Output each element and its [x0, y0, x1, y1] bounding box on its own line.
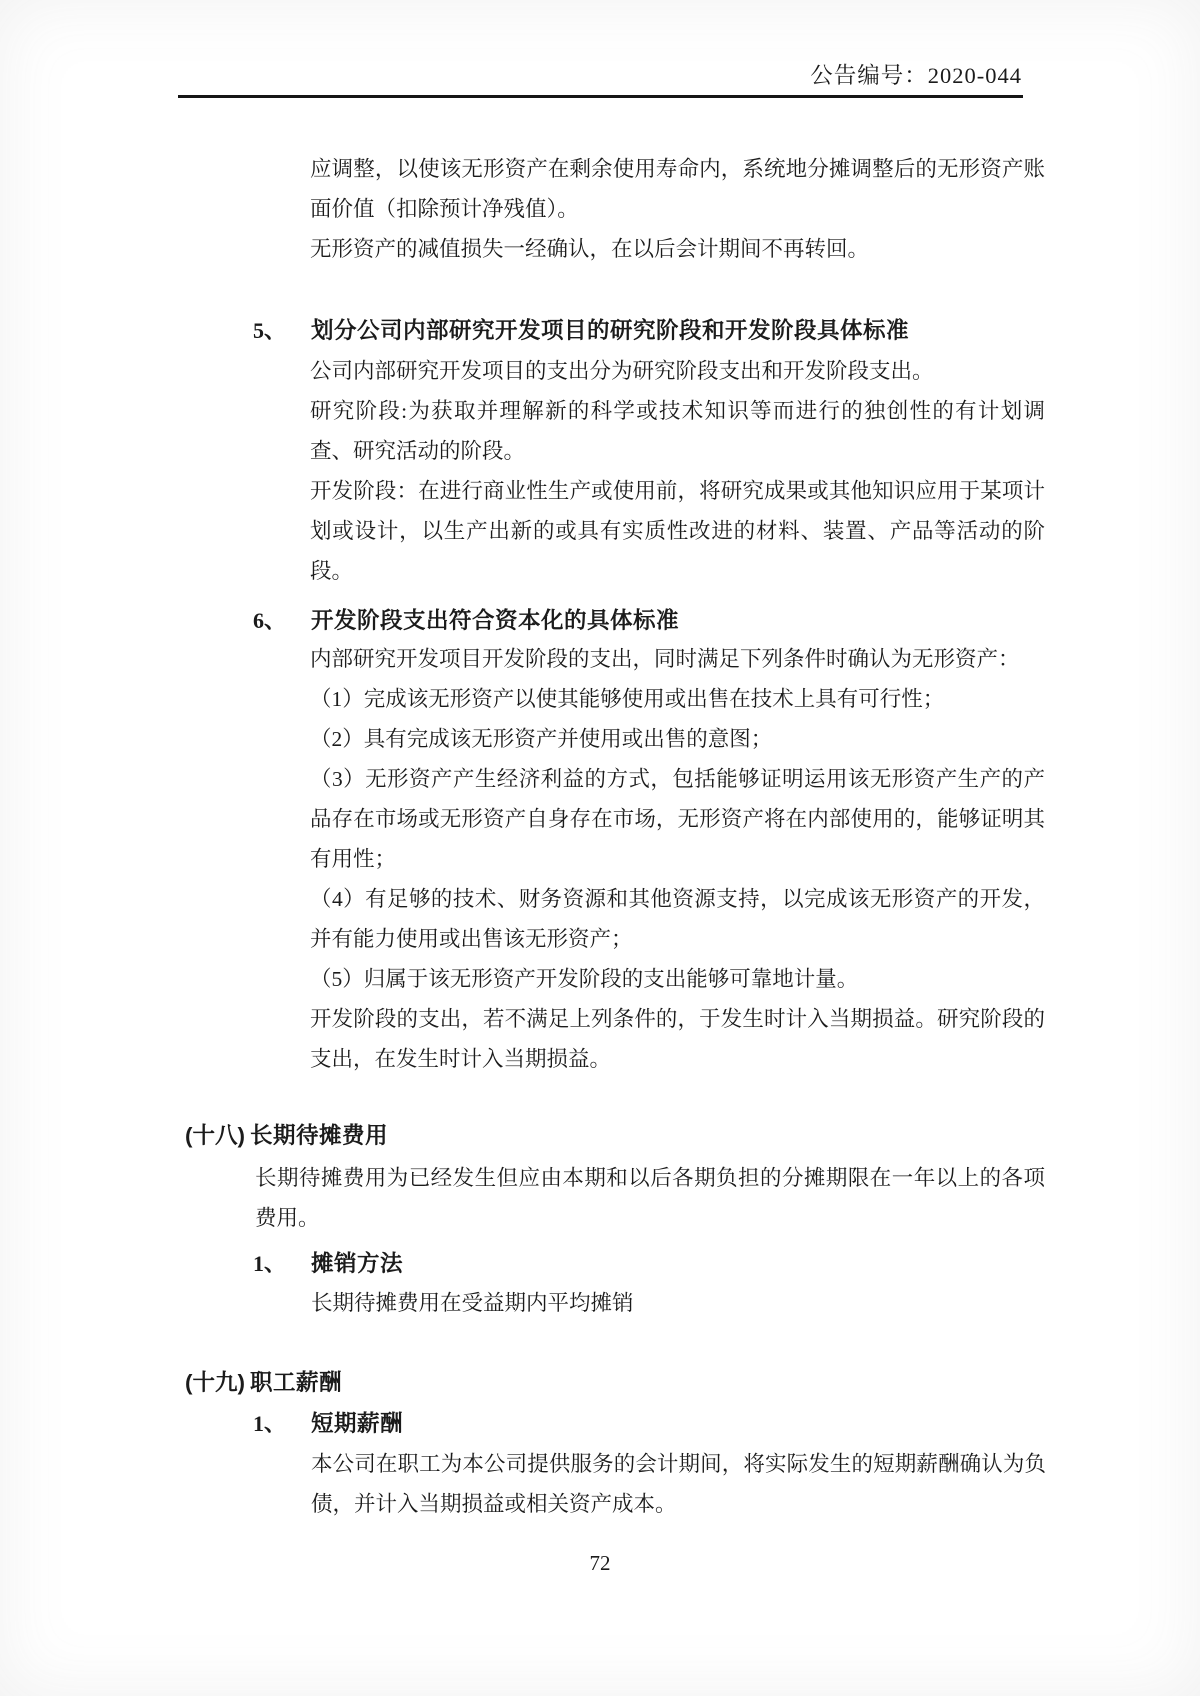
section6-body: 内部研究开发项目开发阶段的支出，同时满足下列条件时确认为无形资产： （1）完成该… [310, 639, 1045, 1079]
paragraph: 本公司在职工为本公司提供服务的会计期间，将实际发生的短期薪酬确认为负债，并计入当… [311, 1444, 1046, 1524]
section18-body: 长期待摊费用为已经发生但应由本期和以后各期负担的分摊期限在一年以上的各项费用。 [255, 1158, 1045, 1238]
paragraph: 开发阶段的支出，若不满足上列条件的，于发生时计入当期损益。研究阶段的支出，在发生… [310, 999, 1045, 1079]
section-title: 长期待摊费用 [250, 1116, 388, 1156]
paragraph: 研究阶段:为获取并理解新的科学或技术知识等而进行的独创性的有计划调查、研究活动的… [310, 391, 1045, 471]
paragraph: 长期待摊费用在受益期内平均摊销 [311, 1283, 1046, 1323]
subsection-number: 1、 [253, 1404, 286, 1444]
section-number: 5、 [253, 311, 286, 351]
section-title: 职工薪酬 [250, 1363, 342, 1403]
section18-sub1-heading: 1、 摊销方法 [0, 1244, 1200, 1284]
section5-body: 公司内部研究开发项目的支出分为研究阶段支出和开发阶段支出。 研究阶段:为获取并理… [310, 351, 1045, 591]
paragraph: 应调整，以使该无形资产在剩余使用寿命内，系统地分摊调整后的无形资产账面价值（扣除… [310, 149, 1045, 229]
section-title: 划分公司内部研究开发项目的研究阶段和开发阶段具体标准 [311, 311, 909, 351]
section-label: (十八) [185, 1116, 245, 1156]
intro-paragraphs: 应调整，以使该无形资产在剩余使用寿命内，系统地分摊调整后的无形资产账面价值（扣除… [310, 149, 1045, 269]
paragraph: 公司内部研究开发项目的支出分为研究阶段支出和开发阶段支出。 [310, 351, 1045, 391]
subsection-title: 摊销方法 [311, 1244, 403, 1284]
section18-sub1-body: 长期待摊费用在受益期内平均摊销 [311, 1283, 1046, 1323]
document-page: 公告编号：2020-044 应调整，以使该无形资产在剩余使用寿命内，系统地分摊调… [0, 0, 1200, 1696]
section-title: 开发阶段支出符合资本化的具体标准 [311, 601, 679, 641]
announcement-number: 公告编号：2020-044 [810, 58, 1022, 90]
section19-sub1-body: 本公司在职工为本公司提供服务的会计期间，将实际发生的短期薪酬确认为负债，并计入当… [311, 1444, 1046, 1524]
section5-heading: 5、 划分公司内部研究开发项目的研究阶段和开发阶段具体标准 [0, 311, 1200, 351]
list-item: （1）完成该无形资产以使其能够使用或出售在技术上具有可行性； [310, 679, 1045, 719]
subsection-number: 1、 [253, 1244, 286, 1284]
header-rule [178, 95, 1023, 98]
page-number: 72 [0, 1543, 1200, 1583]
section19-heading: (十九) 职工薪酬 [0, 1363, 1200, 1403]
section-label: (十九) [185, 1363, 245, 1403]
subsection-title: 短期薪酬 [311, 1404, 403, 1444]
paragraph: 开发阶段：在进行商业性生产或使用前，将研究成果或其他知识应用于某项计划或设计，以… [310, 471, 1045, 591]
paragraph: 无形资产的减值损失一经确认，在以后会计期间不再转回。 [310, 229, 1045, 269]
paragraph: 长期待摊费用为已经发生但应由本期和以后各期负担的分摊期限在一年以上的各项费用。 [255, 1158, 1045, 1238]
list-item: （5）归属于该无形资产开发阶段的支出能够可靠地计量。 [310, 959, 1045, 999]
list-item: （2）具有完成该无形资产并使用或出售的意图； [310, 719, 1045, 759]
list-item: （3）无形资产产生经济利益的方式，包括能够证明运用该无形资产生产的产品存在市场或… [310, 759, 1045, 879]
section19-sub1-heading: 1、 短期薪酬 [0, 1404, 1200, 1444]
section6-heading: 6、 开发阶段支出符合资本化的具体标准 [0, 601, 1200, 641]
list-item: （4）有足够的技术、财务资源和其他资源支持，以完成该无形资产的开发，并有能力使用… [310, 879, 1045, 959]
section-number: 6、 [253, 601, 286, 641]
paragraph: 内部研究开发项目开发阶段的支出，同时满足下列条件时确认为无形资产： [310, 639, 1045, 679]
section18-heading: (十八) 长期待摊费用 [0, 1116, 1200, 1156]
